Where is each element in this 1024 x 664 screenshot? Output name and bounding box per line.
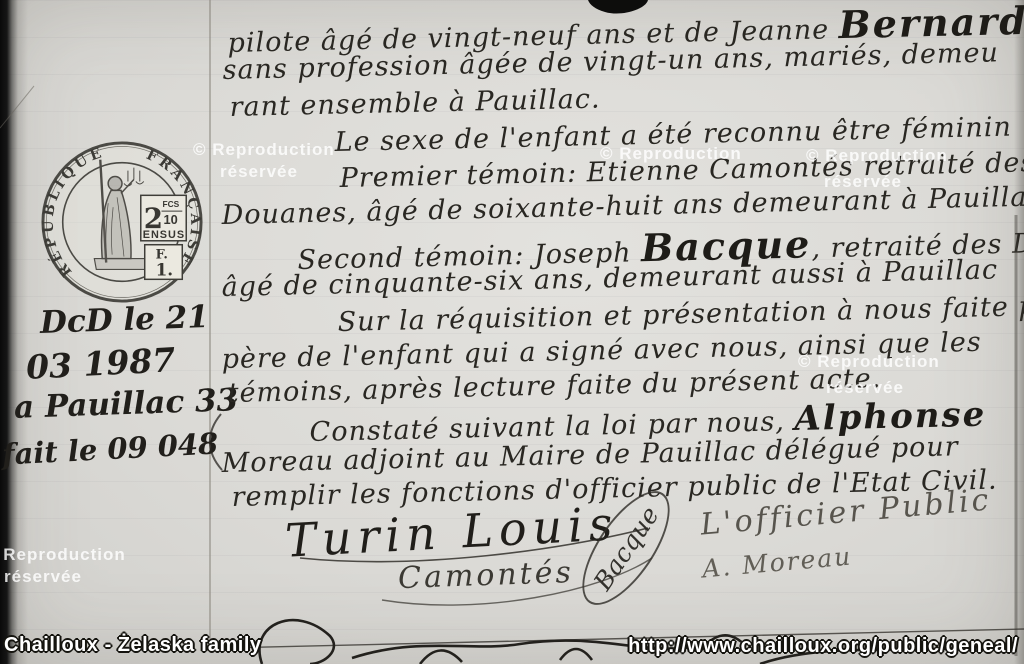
stamp-value-plate: 2 FCS 10 ENSUS F. 1. (141, 195, 186, 279)
watermark-1-line1: © Reproduction (193, 140, 335, 160)
margin-rule-line (209, 0, 211, 640)
margin-note-line-2: 03 1987 (25, 340, 176, 387)
footer-right-url: http://www.chailloux.org/public/geneal/ (628, 635, 1018, 658)
stamp-plate-bottom: 1. (156, 259, 174, 279)
watermark-1-line2: réservée (220, 162, 298, 182)
watermark-4-line2: réservée (826, 378, 904, 398)
watermark-5-line1: © Reproduction (0, 545, 126, 565)
margin-note-line-3: a Pauillac 33 (13, 382, 238, 426)
footer-left-credit: Chailloux - Żelaska family (4, 634, 262, 657)
signature-witness1: Camontés (397, 555, 574, 596)
watermark-5-line2: réservée (4, 567, 82, 587)
signature-officer: A. Moreau (701, 542, 853, 584)
watermark-2-line1: © Reproduction (600, 144, 742, 164)
page-right-edge (1014, 0, 1024, 664)
watermark-3-line2: réservée (824, 172, 902, 192)
watermark-4-line1: © Reproduction (798, 352, 940, 372)
margin-note-line-1: DcD le 21 (39, 299, 209, 341)
scanned-register-page: RÉPUBLIQUE FRANÇAISE 2 FCS (0, 0, 1024, 664)
revenue-stamp-svg: RÉPUBLIQUE FRANÇAISE 2 FCS (38, 138, 206, 306)
stamp-value-mid: 10 (164, 212, 178, 227)
margin-note-line-4: fait le 09 048 (1, 426, 219, 471)
body-line-3: rant ensemble à Pauillac. (229, 84, 601, 123)
revenue-stamp: RÉPUBLIQUE FRANÇAISE 2 FCS (38, 138, 206, 306)
watermark-3-line1: © Reproduction (806, 146, 948, 166)
stamp-value-sup: FCS (163, 199, 180, 209)
stamp-value-bottom: ENSUS (143, 229, 185, 241)
